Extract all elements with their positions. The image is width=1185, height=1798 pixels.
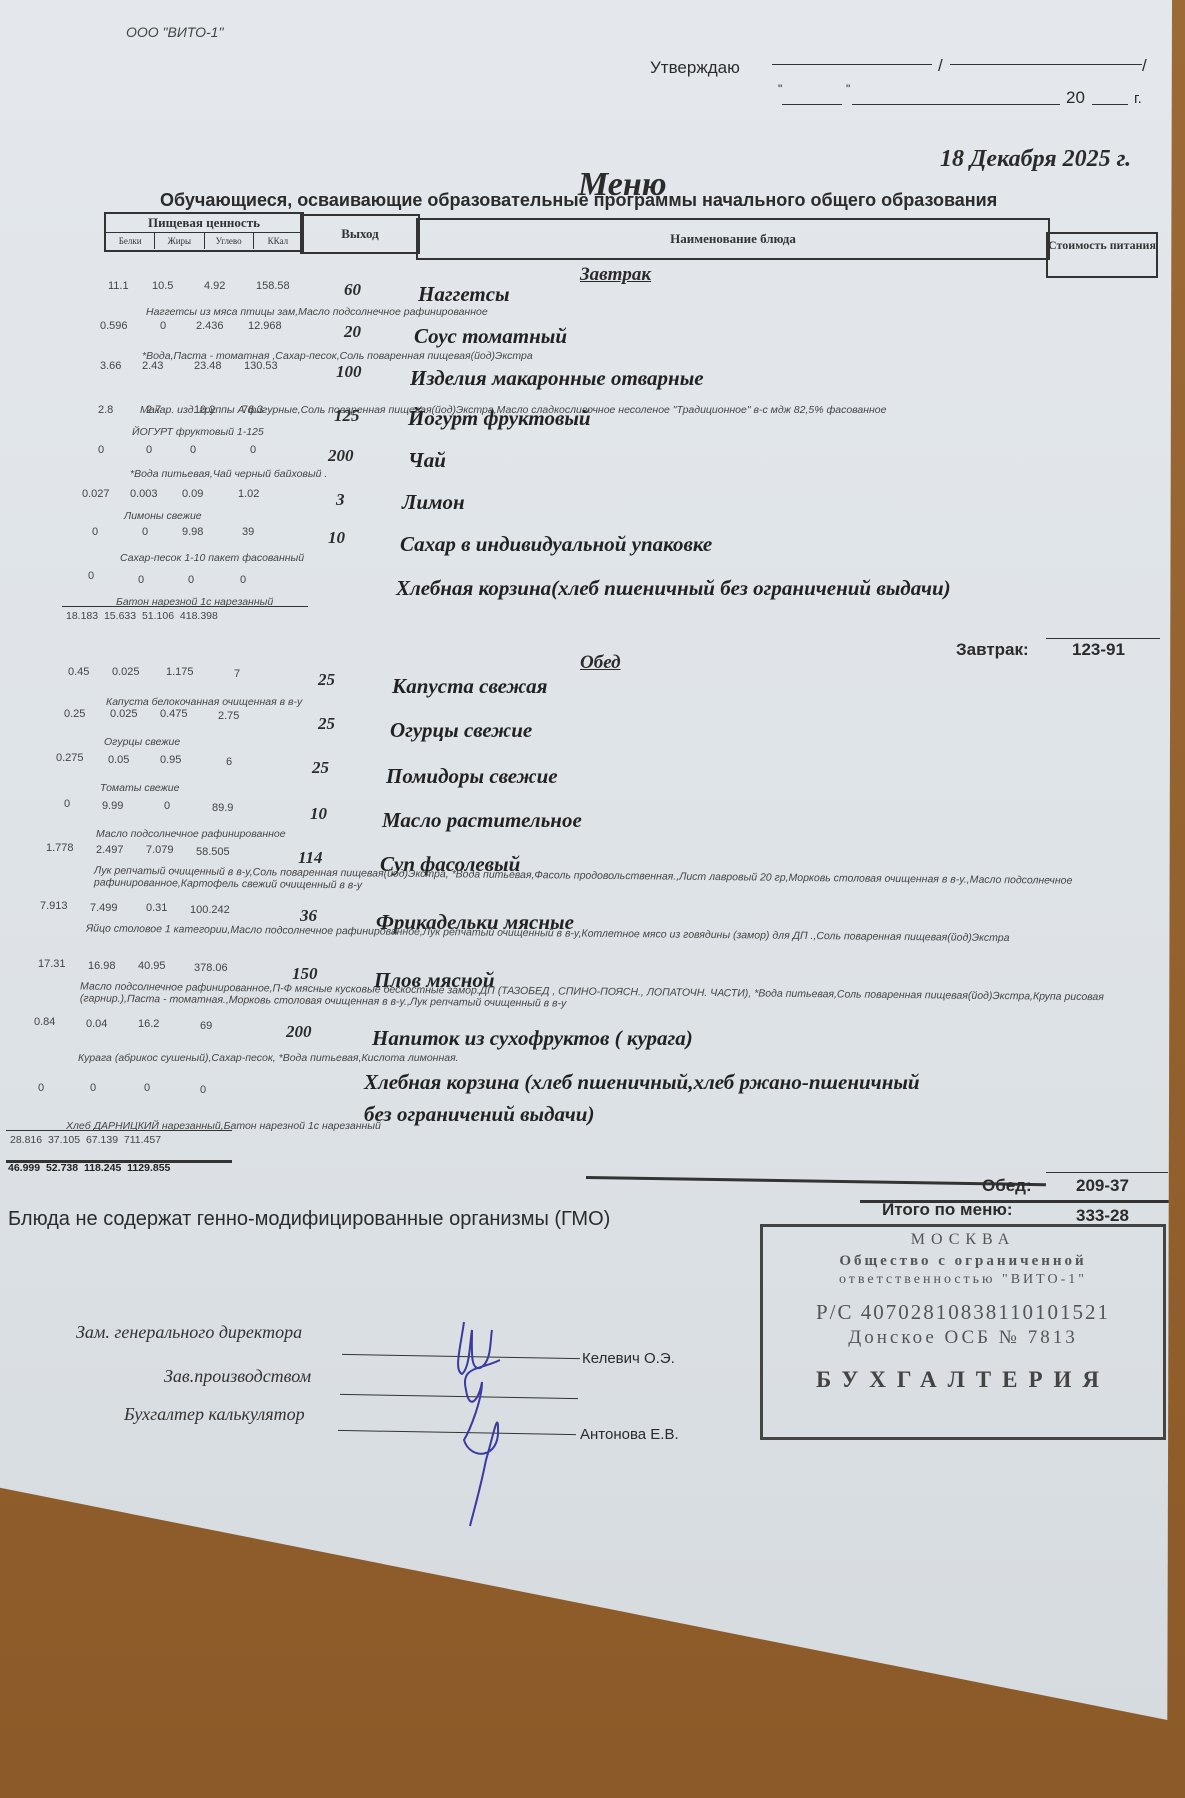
gmo-notice: Блюда не содержат генно-модифицированные…	[8, 1208, 610, 1231]
kcal-value: 1.02	[238, 488, 259, 500]
lunch-cost-line	[1046, 1172, 1168, 1173]
dish-ingredients: Сахар-песок 1-10 пакет фасованный	[120, 552, 304, 564]
signature-role: Зам. генерального директора	[76, 1322, 302, 1343]
yield-value: 10	[310, 804, 327, 824]
kcal-value: 12.968	[248, 320, 282, 332]
carbs-value: 0.31	[146, 902, 167, 914]
fat-value: 0.025	[112, 666, 140, 678]
yield-header: Выход	[300, 214, 420, 254]
dish-ingredients: Масло подсолнечное рафинированное,П-Ф мя…	[80, 980, 1140, 1015]
nutrition-header: Пищевая ценность Белки Жиры Углево ККал	[104, 212, 304, 252]
carbs-value: 0.95	[160, 754, 181, 766]
kcal-value: 158.58	[256, 280, 290, 292]
stamp-line2: ответственностью "ВИТО-1"	[763, 1272, 1163, 1288]
section-lunch: Обед	[580, 652, 621, 674]
lunch-cost-value: 209-37	[1076, 1176, 1129, 1196]
yield-value: 25	[318, 670, 335, 690]
protein-value: 7.913	[40, 900, 68, 912]
cost-header: Стоимость питания	[1046, 232, 1158, 278]
dish-ingredients: Томаты свежие	[100, 782, 179, 794]
protein-value: 0	[92, 526, 98, 538]
approve-year: 20	[1066, 88, 1085, 108]
approve-signature-line	[772, 64, 932, 65]
fat-value: 0.05	[108, 754, 129, 766]
breakfast-totals: 18.183 15.633 51.106 418.398	[66, 610, 218, 622]
carbs-value: 0.09	[182, 488, 203, 500]
total-fat: 37.105	[48, 1134, 80, 1146]
kcal-value: 69	[200, 1020, 212, 1032]
signature-role: Бухгалтер калькулятор	[124, 1404, 305, 1425]
approve-year-line	[1092, 104, 1128, 105]
protein-value: 0	[38, 1082, 44, 1094]
signature-name: Антонова Е.В.	[580, 1426, 679, 1443]
kcal-value: 6	[226, 756, 232, 768]
dish-name: Хлебная корзина(хлеб пшеничный без огран…	[396, 576, 951, 601]
carbs-value: 1.175	[166, 666, 194, 678]
menu-date: 18 Декабря 2025 г.	[940, 146, 1131, 173]
total-kcal: 418.398	[180, 610, 218, 622]
total-kcal: 711.457	[124, 1134, 161, 1146]
accounting-stamp: МОСКВА Общество с ограниченной ответстве…	[760, 1224, 1166, 1440]
yield-value: 150	[292, 964, 318, 984]
protein-value: 17.31	[38, 958, 66, 970]
fat-value: 0	[160, 320, 166, 332]
total-carbs: 67.139	[86, 1134, 118, 1146]
dish-name: Напиток из сухофруктов ( курага)	[372, 1026, 693, 1051]
yield-value: 25	[318, 714, 335, 734]
menu-document: ООО "ВИТО-1" Утверждаю / / " " 20 г. 18 …	[0, 0, 1172, 1720]
kcal-value: 89.9	[212, 802, 233, 814]
year-suffix: г.	[1134, 90, 1142, 107]
fat-value: 2.7	[146, 404, 161, 416]
carbs-value: 2.436	[196, 320, 224, 332]
nutrition-header-label: Пищевая ценность	[106, 214, 302, 233]
fat-header: Жиры	[155, 233, 204, 249]
stamp-line1: Общество с ограниченной	[763, 1253, 1163, 1270]
signature-name: Келевич О.Э.	[582, 1350, 675, 1367]
fat-value: 10.5	[152, 280, 173, 292]
carbs-value: 0	[190, 444, 196, 456]
kcal-value: 378.06	[194, 962, 228, 974]
kcal-value: 0	[240, 574, 246, 586]
dish-name: Огурцы свежие	[390, 718, 532, 743]
slash: /	[1142, 56, 1147, 76]
breakfast-cost-line	[1046, 638, 1160, 639]
fat-value: 0	[142, 526, 148, 538]
dish-ingredients: Курага (абрикос сушеный),Сахар-песок, *В…	[78, 1052, 459, 1064]
kcal-value: 58.505	[196, 846, 230, 858]
yield-value: 10	[328, 528, 345, 548]
carbs-value: 0	[164, 800, 170, 812]
protein-value: 3.66	[100, 360, 121, 372]
approve-name-line	[950, 64, 1142, 65]
dish-ingredients: Лук репчатый очищенный в в-у,Соль поваре…	[94, 865, 1134, 900]
protein-value: 0	[64, 798, 70, 810]
grand-total-protein: 46.999	[8, 1162, 40, 1174]
dish-name-continued: без ограничений выдачи)	[364, 1102, 594, 1127]
carbs-header: Углево	[205, 233, 254, 249]
fat-value: 0	[90, 1082, 96, 1094]
dish-name: Сахар в индивидуальной упаковке	[400, 532, 712, 557]
dish-name: Чай	[408, 448, 446, 473]
breakfast-cost-label: Завтрак:	[956, 640, 1029, 660]
protein-value: 1.778	[46, 842, 74, 854]
carbs-value: 16.2	[138, 1018, 159, 1030]
yield-value: 25	[312, 758, 329, 778]
lunch-cost-label: Обед:	[982, 1176, 1032, 1196]
organization-name: ООО "ВИТО-1"	[126, 24, 223, 40]
kcal-header: ККал	[254, 233, 302, 249]
fat-value: 0	[146, 444, 152, 456]
approve-month-line	[852, 104, 1060, 105]
protein-value: 0.45	[68, 666, 89, 678]
protein-value: 0.275	[56, 752, 84, 764]
fat-value: 9.99	[102, 800, 123, 812]
fat-value: 0.025	[110, 708, 138, 720]
carbs-value: 9.98	[182, 526, 203, 538]
dish-name-header: Наименование блюда	[416, 218, 1050, 260]
fat-value: 0.04	[86, 1018, 107, 1030]
total-protein: 28.816	[10, 1134, 42, 1146]
carbs-value: 4.92	[204, 280, 225, 292]
menu-total-label: Итого по меню:	[882, 1200, 1013, 1220]
grand-totals: 46.999 52.738 118.245 1129.855	[8, 1162, 170, 1174]
date-quote: "	[846, 82, 850, 96]
dish-name: Хлебная корзина (хлеб пшеничный,хлеб ржа…	[364, 1070, 920, 1095]
dish-ingredients: Огурцы свежие	[104, 736, 180, 748]
dish-ingredients: ЙОГУРТ фруктовый 1-125	[132, 426, 264, 438]
yield-value: 200	[286, 1022, 312, 1042]
carbs-value: 10.2	[194, 404, 215, 416]
protein-value: 0.596	[100, 320, 128, 332]
protein-value: 0	[98, 444, 104, 456]
protein-value: 0.25	[64, 708, 85, 720]
page-subtitle: Обучающиеся, осваивающие образовательные…	[160, 190, 997, 211]
fat-value: 16.98	[88, 960, 116, 972]
signature-role: Зав.производством	[164, 1366, 311, 1387]
grand-total-kcal: 1129.855	[127, 1162, 170, 1174]
dish-name: Масло растительное	[382, 808, 582, 833]
stamp-department: БУХГАЛТЕРИЯ	[763, 1367, 1163, 1393]
dish-name: Наггетсы	[418, 282, 510, 307]
carbs-value: 0	[188, 574, 194, 586]
grand-total-carbs: 118.245	[84, 1162, 121, 1174]
slash: /	[938, 56, 943, 76]
yield-value: 200	[328, 446, 354, 466]
approve-label: Утверждаю	[650, 58, 740, 78]
fat-value: 0.003	[130, 488, 158, 500]
fat-value: 0	[138, 574, 144, 586]
dish-name: Соус томатный	[414, 324, 567, 349]
dish-ingredients: Наггетсы из мяса птицы зам,Масло подсолн…	[146, 306, 488, 318]
lunch-totals-divider	[6, 1130, 232, 1131]
kcal-value: 130.53	[244, 360, 278, 372]
kcal-value: 100.242	[190, 904, 230, 916]
total-protein: 18.183	[66, 610, 98, 622]
kcal-value: 0	[250, 444, 256, 456]
yield-value: 36	[300, 906, 317, 926]
carbs-value: 7.079	[146, 844, 174, 856]
protein-value: 0	[88, 570, 94, 582]
grand-total-fat: 52.738	[46, 1162, 78, 1174]
dish-name: Помидоры свежие	[386, 764, 558, 789]
breakfast-totals-divider	[62, 606, 308, 607]
protein-value: 0.84	[34, 1016, 55, 1028]
carbs-value: 23.48	[194, 360, 222, 372]
dish-ingredients: Яйцо столовое 1 категории,Масло подсолне…	[86, 922, 1146, 945]
menu-total-value: 333-28	[1076, 1206, 1129, 1226]
section-breakfast: Завтрак	[580, 264, 651, 286]
total-carbs: 51.106	[142, 610, 174, 622]
handwritten-signature-icon	[440, 1310, 540, 1530]
fat-value: 2.43	[142, 360, 163, 372]
carbs-value: 0	[144, 1082, 150, 1094]
dish-name: Йогурт фруктовый	[408, 406, 591, 431]
total-fat: 15.633	[104, 610, 136, 622]
breakfast-cost-value: 123-91	[1072, 640, 1125, 660]
yield-value: 114	[298, 848, 323, 868]
carbs-value: 40.95	[138, 960, 166, 972]
stamp-bank: Донское ОСБ № 7813	[763, 1327, 1163, 1349]
kcal-value: 7	[234, 668, 240, 680]
dish-name: Капуста свежая	[392, 674, 547, 699]
yield-value: 20	[344, 322, 361, 342]
kcal-value: 0	[200, 1084, 206, 1096]
dish-ingredients: Капуста белокочанная очищенная в в-у	[106, 696, 302, 708]
yield-value: 3	[336, 490, 345, 510]
stamp-city: МОСКВА	[763, 1231, 1163, 1249]
protein-value: 11.1	[108, 280, 129, 292]
stamp-account: Р/С 40702810838110101521	[763, 1300, 1163, 1325]
date-quote: "	[778, 82, 782, 96]
yield-value: 100	[336, 362, 362, 382]
protein-value: 2.8	[98, 404, 113, 416]
carbs-value: 0.475	[160, 708, 188, 720]
kcal-value: 39	[242, 526, 254, 538]
dish-name: Лимон	[402, 490, 465, 515]
fat-value: 2.497	[96, 844, 124, 856]
dish-ingredients: Лимоны свежие	[124, 510, 202, 522]
lunch-underline	[586, 1176, 1046, 1186]
protein-header: Белки	[106, 233, 155, 249]
approve-day-line	[782, 104, 842, 105]
dish-ingredients: *Вода питьевая,Чай черный байховый .	[130, 468, 327, 480]
dish-name: Изделия макаронные отварные	[410, 366, 704, 391]
kcal-value: 76.3	[242, 404, 263, 416]
kcal-value: 2.75	[218, 710, 239, 722]
fat-value: 7.499	[90, 902, 118, 914]
lunch-totals: 28.816 37.105 67.139 711.457	[10, 1134, 161, 1146]
yield-value: 60	[344, 280, 361, 300]
yield-value: 125	[334, 406, 360, 426]
dish-ingredients: Масло подсолнечное рафинированное	[96, 828, 286, 840]
protein-value: 0.027	[82, 488, 110, 500]
